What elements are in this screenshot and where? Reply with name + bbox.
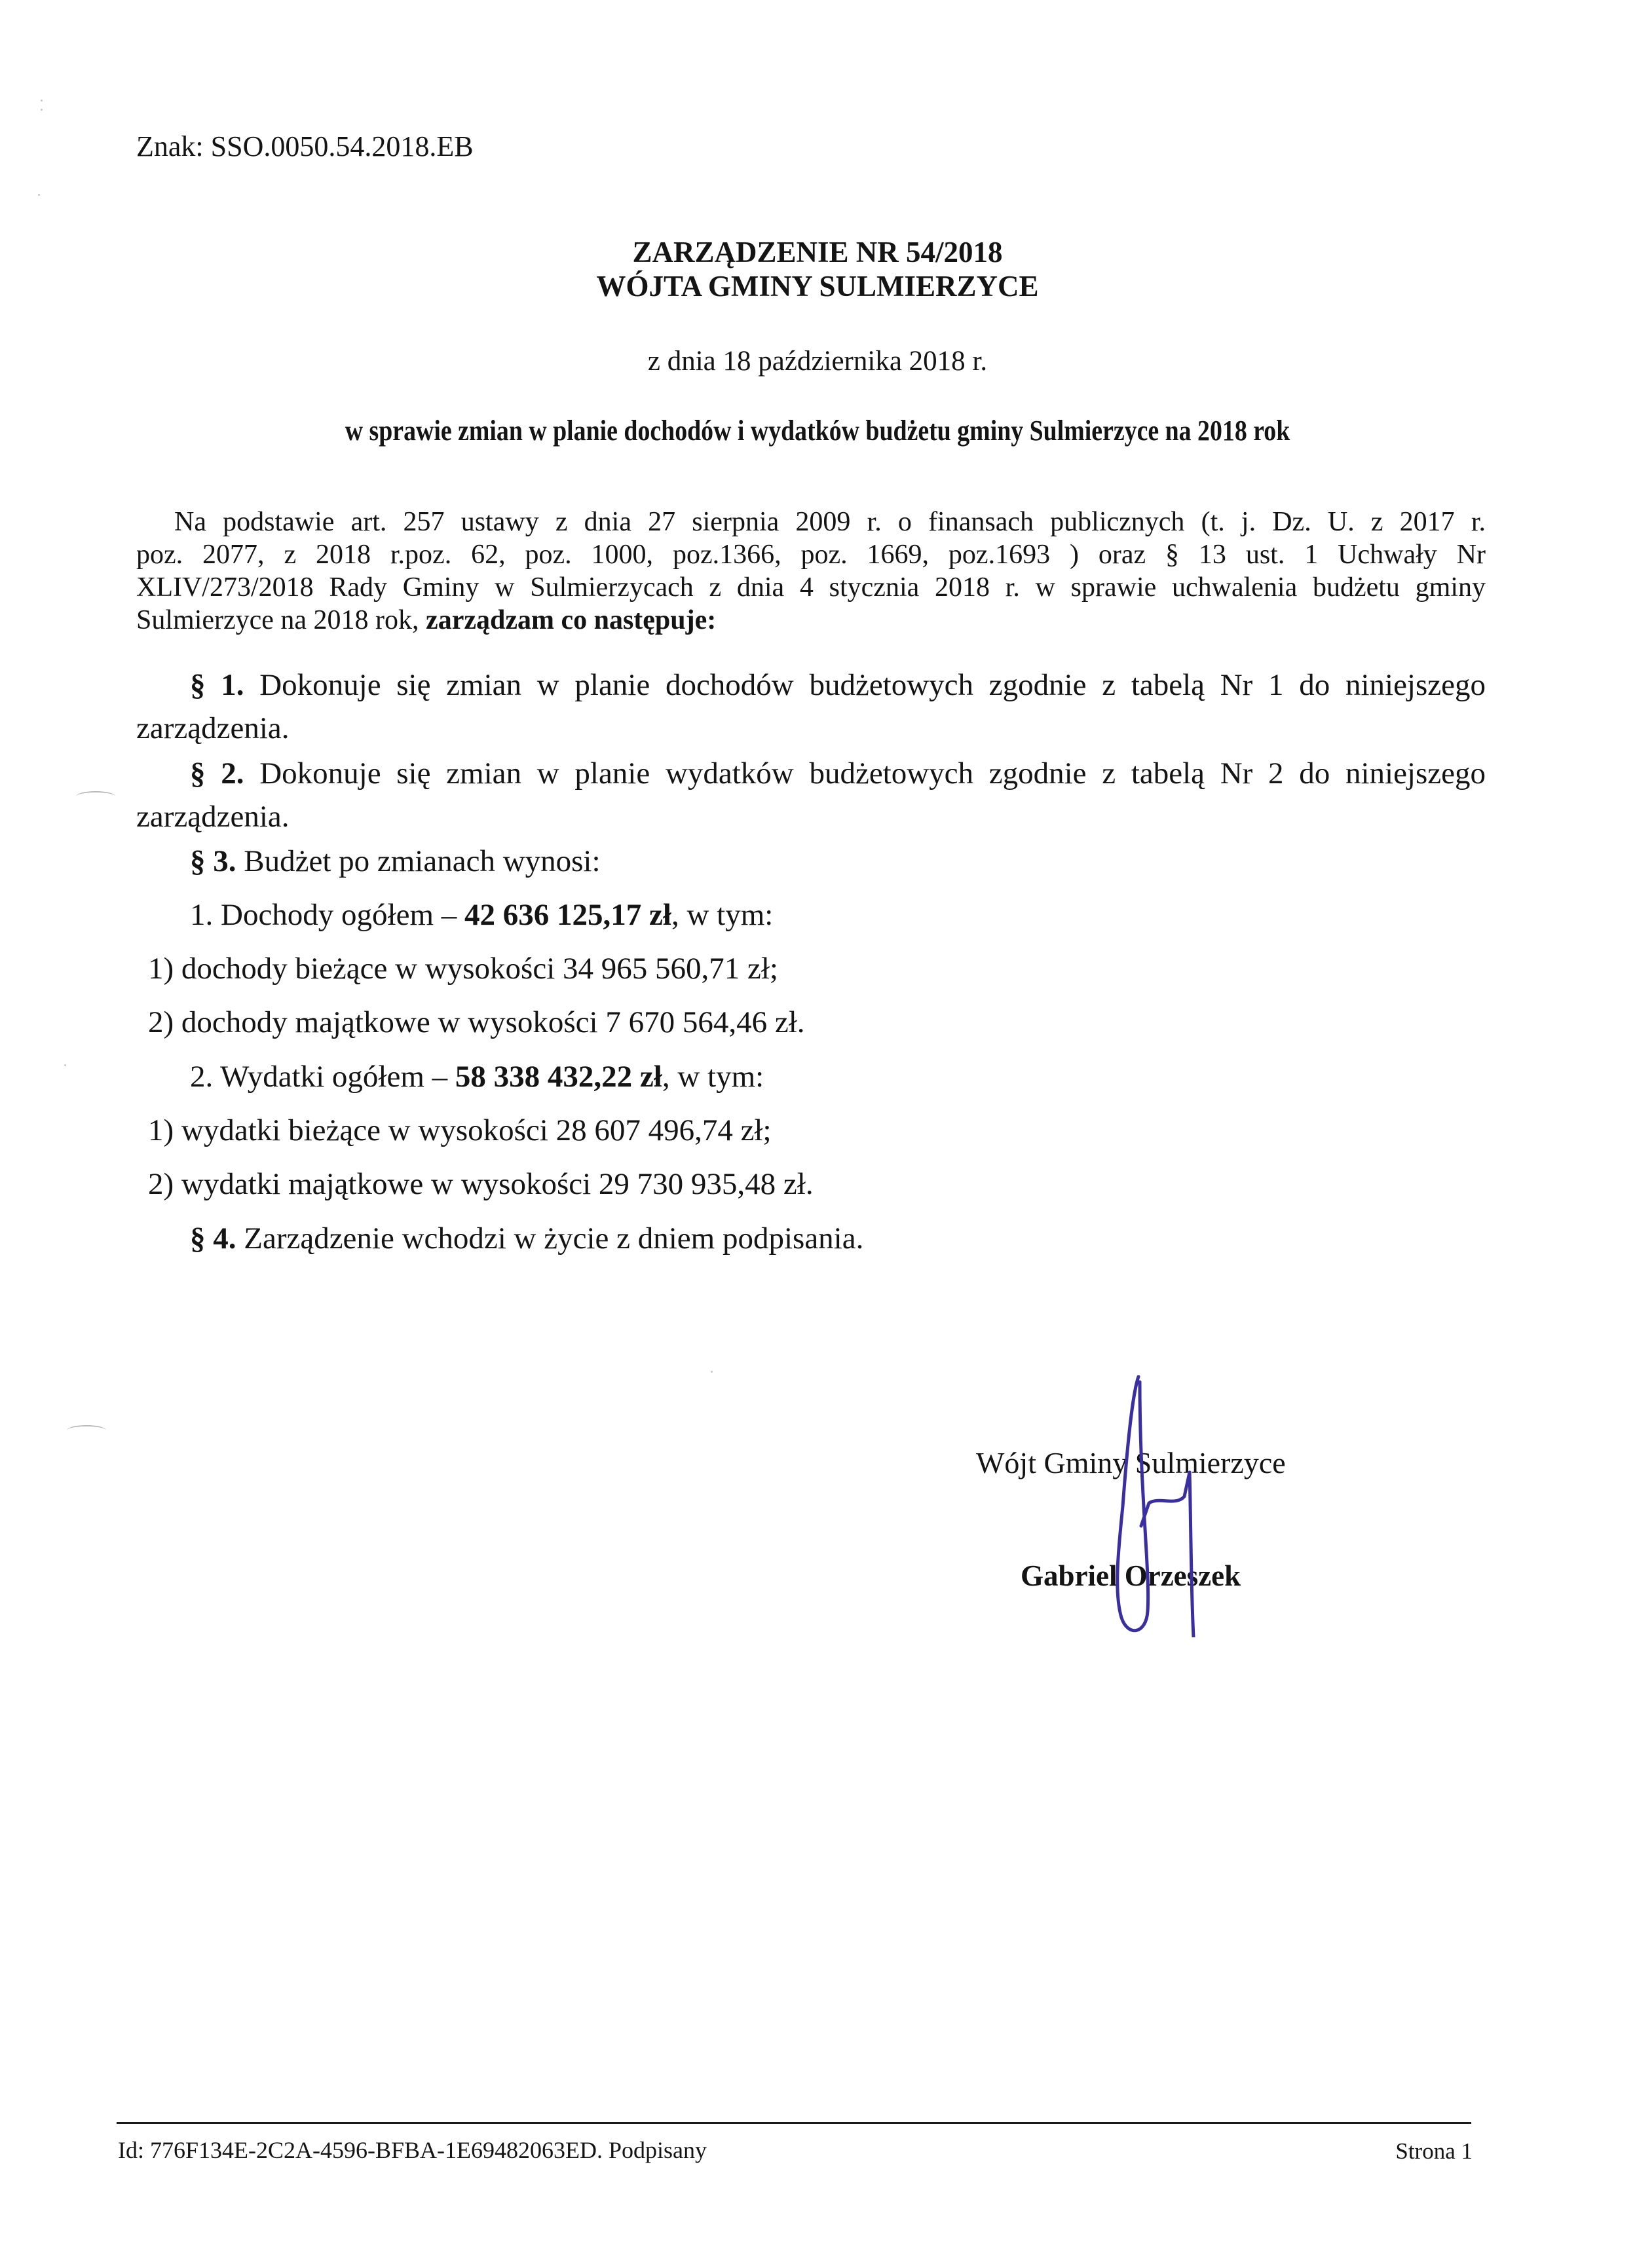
legal-basis-line: Na podstawie art. 257 ustawy z dnia 27 s… [136, 506, 1486, 538]
punch-hole-mark [76, 791, 115, 802]
handwritten-signature-icon [1068, 1375, 1212, 1637]
punch-hole-mark [67, 1425, 106, 1436]
document-date: z dnia 18 października 2018 r. [0, 345, 1635, 377]
section-mark: § 4. [190, 1221, 236, 1255]
expenses-current: 1) wydatki bieżące w wysokości 28 607 49… [148, 1113, 772, 1148]
expenses-label: 2. Wydatki ogółem – [190, 1060, 455, 1094]
section-3-text: Budżet po zmianach wynosi: [244, 844, 600, 878]
section-4: § 4. Zarządzenie wchodzi w życie z dniem… [190, 1221, 863, 1256]
footer-document-id: Id: 776F134E-2C2A-4596-BFBA-1E69482063ED… [118, 2136, 707, 2164]
footer-divider [117, 2122, 1471, 2124]
footer-page-number: Strona 1 [1395, 2138, 1473, 2165]
document-subject: w sprawie zmian w planie dochodów i wyda… [115, 414, 1521, 447]
income-capital: 2) dochody majątkowe w wysokości 7 670 5… [148, 1005, 805, 1040]
document-title: ZARZĄDZENIE NR 54/2018 [0, 238, 1635, 267]
scan-speck [64, 1064, 66, 1066]
section-2: § 2. Dokonuje się zmian w planie wydatkó… [136, 752, 1486, 838]
document-reference: Znak: SSO.0050.54.2018.EB [136, 130, 474, 163]
section-1-line: § 1. Dokonuje się zmian w planie dochodó… [136, 663, 1486, 707]
legal-basis-text: Sulmierzyce na 2018 rok, [136, 605, 426, 635]
scan-speck [41, 109, 43, 111]
section-1-text: Dokonuje się zmian w planie dochodów bud… [259, 668, 1486, 702]
section-2-text: Dokonuje się zmian w planie wydatków bud… [259, 756, 1486, 790]
legal-basis-line: poz. 2077, z 2018 r.poz. 62, poz. 1000, … [136, 538, 1486, 571]
income-label: 1. Dochody ogółem – [190, 898, 464, 932]
section-mark: § 2. [190, 756, 244, 790]
income-suffix: , w tym: [671, 898, 773, 932]
document-issuer: WÓJTA GMINY SULMIERZYCE [0, 272, 1635, 301]
section-1: § 1. Dokonuje się zmian w planie dochodó… [136, 663, 1486, 750]
expenses-capital: 2) wydatki majątkowe w wysokości 29 730 … [148, 1166, 814, 1202]
legal-basis-line: Sulmierzyce na 2018 rok, zarządzam co na… [136, 604, 1486, 637]
expenses-suffix: , w tym: [662, 1060, 764, 1094]
legal-basis-line: XLIV/273/2018 Rady Gminy w Sulmierzycach… [136, 571, 1486, 604]
section-3: § 3. Budżet po zmianach wynosi: [190, 844, 601, 879]
section-2-line: § 2. Dokonuje się zmian w planie wydatkó… [136, 752, 1486, 795]
income-total: 1. Dochody ogółem – 42 636 125,17 zł, w … [190, 897, 773, 933]
scan-speck [41, 100, 43, 102]
expenses-total-value: 58 338 432,22 zł [455, 1060, 662, 1094]
section-1-line: zarządzenia. [136, 707, 1486, 750]
income-current: 1) dochody bieżące w wysokości 34 965 56… [148, 951, 778, 986]
section-2-line: zarządzenia. [136, 795, 1486, 838]
expenses-total: 2. Wydatki ogółem – 58 338 432,22 zł, w … [190, 1059, 764, 1094]
section-mark: § 3. [190, 844, 236, 878]
section-mark: § 1. [190, 668, 244, 702]
legal-basis-paragraph: Na podstawie art. 257 ustawy z dnia 27 s… [136, 506, 1486, 637]
scan-speck [38, 194, 40, 196]
section-4-text: Zarządzenie wchodzi w życie z dniem podp… [244, 1221, 863, 1255]
scan-speck [711, 1371, 713, 1373]
income-total-value: 42 636 125,17 zł [464, 898, 671, 932]
decree-clause: zarządzam co następuje: [426, 605, 716, 635]
